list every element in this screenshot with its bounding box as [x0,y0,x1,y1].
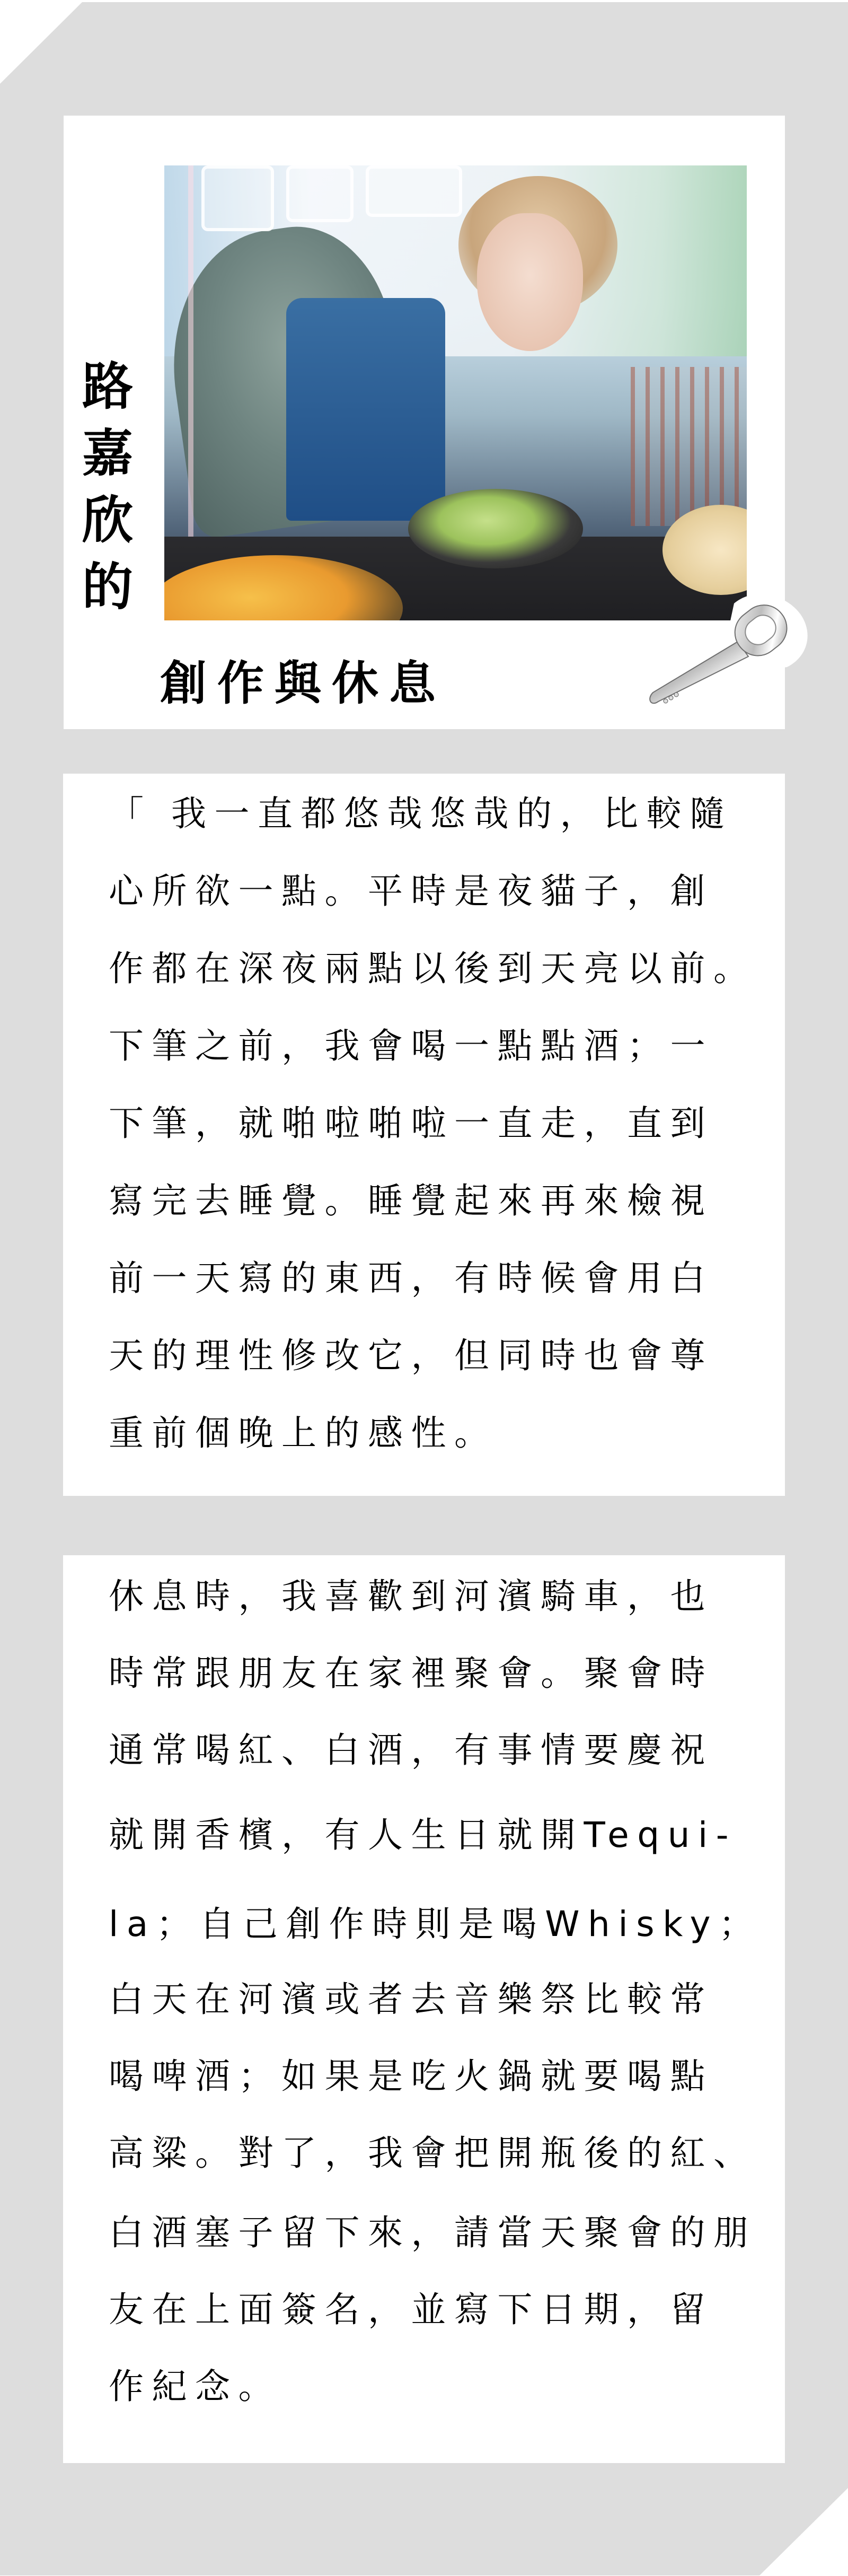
text-line: la；自己創作時則是喝Whisky； [109,1903,762,1946]
photo-window-decal [366,165,462,217]
text-line: 「 我一直都悠哉悠哉的，比較隨 [109,793,732,835]
title-char: 的 [82,554,133,620]
photo-window-decal [201,165,274,231]
quote-panel-creation: 「 我一直都悠哉悠哉的，比較隨 心所欲一點。平時是夜貓子，創 作都在深夜兩點以後… [63,774,785,1496]
text-line: 白酒塞子留下來，請當天聚會的朋 [109,2212,757,2254]
text-line: 休息時，我喜歡到河濱騎車，也 [109,1575,713,1618]
photo-railing [631,367,747,526]
bottle-opener-icon [625,582,816,720]
photo-salad-bowl [408,489,583,568]
hero-photo [164,165,747,620]
text-line: 喝啤酒；如果是吃火鍋就要喝點 [109,2055,713,2098]
photo-apron [286,298,445,521]
photo-face [477,213,583,351]
text-line: 下筆，就啪啦啪啦一直走，直到 [109,1102,713,1145]
text-line: 友在上面簽名，並寫下日期，留 [109,2289,713,2331]
title-char: 嘉 [82,420,133,487]
text-line: 寫完去睡覺。睡覺起來再來檢視 [109,1180,713,1222]
quote-panel-rest: 休息時，我喜歡到河濱騎車，也 時常跟朋友在家裡聚會。聚會時 通常喝紅、白酒，有事… [63,1555,785,2463]
text-line: 作都在深夜兩點以後到天亮以前。 [109,948,757,990]
title-char: 路 [82,353,133,420]
text-line: 下筆之前，我會喝一點點酒；一 [109,1025,713,1067]
text-line: 就開香檳，有人生日就開Tequi- [109,1814,737,1856]
photo-window-decal [286,165,354,222]
text-line: 作紀念。 [109,2365,281,2408]
title-vertical: 路 嘉 欣 的 [78,353,137,620]
text-line: 高粱。對了，我會把開瓶後的紅、 [109,2132,757,2175]
text-line: 天的理性修改它，但同時也會尊 [109,1335,713,1377]
text-line: 重前個晚上的感性。 [109,1412,498,1455]
text-line: 白天在河濱或者去音樂祭比較常 [109,1978,713,2021]
text-line: 心所欲一點。平時是夜貓子，創 [109,870,713,913]
text-line: 通常喝紅、白酒，有事情要慶祝 [109,1729,713,1772]
title-char: 欣 [82,487,133,554]
text-line: 時常跟朋友在家裡聚會。聚會時 [109,1652,713,1695]
title-horizontal: 創作與休息 [160,654,446,713]
text-line: 前一天寫的東西，有時候會用白 [109,1257,713,1300]
